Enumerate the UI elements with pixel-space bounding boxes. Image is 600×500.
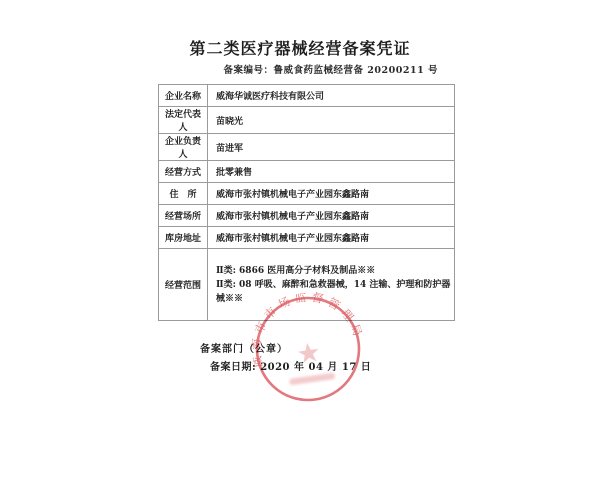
table-row: 经营方式 批零兼售: [159, 161, 455, 183]
row-label: 经营方式: [159, 161, 208, 183]
row-label: 企业负责人: [159, 134, 208, 161]
row-value: Ⅱ类: 6866 医用高分子材料及制品※※ Ⅱ类: 08 呼吸、麻醉和急救器械，…: [208, 249, 455, 321]
filing-number-label: 备案编号：: [223, 65, 273, 76]
filing-date-label: 备案日期:: [210, 362, 256, 373]
scope-line-2: Ⅱ类: 08 呼吸、麻醉和急救器械，14 注输、护理和防护器械※※: [216, 278, 454, 306]
row-label: 住 所: [159, 183, 208, 205]
certificate-table: 企业名称 威海华诚医疗科技有限公司 法定代表人 苗晓光 企业负责人 苗进军 经营…: [158, 84, 455, 321]
row-value: 威海市张村镇机械电子产业园东鑫路南: [208, 205, 455, 227]
table-row: 库房地址 威海市张村镇机械电子产业园东鑫路南: [159, 227, 455, 249]
seal-bottom-text-smudge: [289, 373, 335, 386]
row-label: 经营场所: [159, 205, 208, 227]
row-label: 库房地址: [159, 227, 208, 249]
table-row: 经营范围 Ⅱ类: 6866 医用高分子材料及制品※※ Ⅱ类: 08 呼吸、麻醉和…: [159, 249, 455, 321]
row-value: 威海华诚医疗科技有限公司: [208, 85, 455, 107]
row-value: 苗晓光: [208, 107, 455, 134]
row-value: 批零兼售: [208, 161, 455, 183]
table-row: 法定代表人 苗晓光: [159, 107, 455, 134]
row-label: 企业名称: [159, 85, 208, 107]
table-row: 住 所 威海市张村镇机械电子产业园东鑫路南: [159, 183, 455, 205]
row-value: 威海市张村镇机械电子产业园东鑫路南: [208, 183, 455, 205]
row-value: 苗进军: [208, 134, 455, 161]
row-value: 威海市张村镇机械电子产业园东鑫路南: [208, 227, 455, 249]
row-label: 法定代表人: [159, 107, 208, 134]
filing-date-line: 备案日期: 2020 年 04 月 17 日: [210, 358, 371, 373]
filing-department-line: 备案部门（公章）: [200, 340, 288, 355]
scope-line-1: Ⅱ类: 6866 医用高分子材料及制品※※: [216, 264, 454, 278]
page-title: 第二类医疗器械经营备案凭证: [0, 36, 600, 59]
table-row: 企业名称 威海华诚医疗科技有限公司: [159, 85, 455, 107]
filing-number-value: 鲁威食药监械经营备 20200211 号: [274, 65, 439, 76]
filing-number-line: 备案编号：鲁威食药监械经营备 20200211 号: [223, 62, 438, 76]
table-row: 企业负责人 苗进军: [159, 134, 455, 161]
filing-date-value: 2020 年 04 月 17 日: [260, 362, 371, 373]
row-label: 经营范围: [159, 249, 208, 321]
table-row: 经营场所 威海市张村镇机械电子产业园东鑫路南: [159, 205, 455, 227]
certificate-page: 第二类医疗器械经营备案凭证 备案编号：鲁威食药监械经营备 20200211 号 …: [0, 0, 600, 500]
